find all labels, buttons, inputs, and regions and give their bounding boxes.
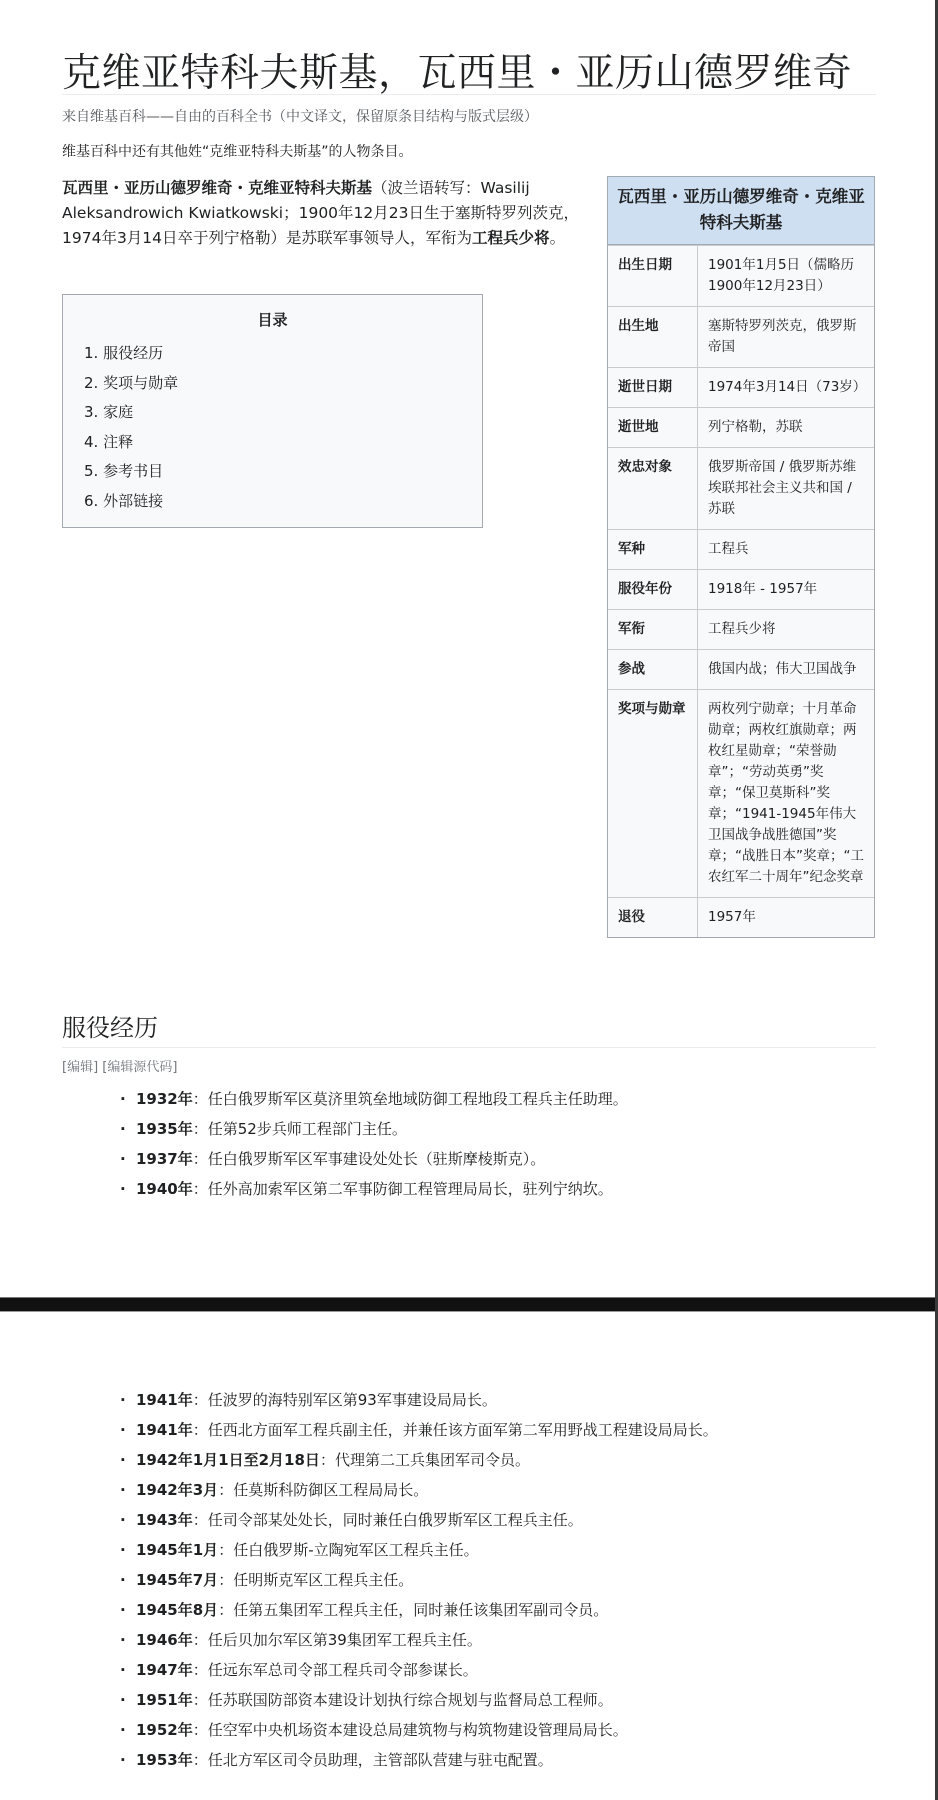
list-item: ·1946年：任后贝加尔军区第39集团军工程兵主任。 [120,1625,718,1655]
toc-list: 1. 服役经历 2. 奖项与勋章 3. 家庭 4. 注释 5. 参考书目 6. … [63,339,482,517]
bullet-icon: · [120,1685,136,1715]
item-text: ：任外高加索军区第二军事防御工程管理局局长，驻列宁纳坎。 [193,1180,613,1198]
lead-bold-name: 瓦西里・亚历山德罗维奇・克维亚特科夫斯基 [62,179,372,197]
infobox-row-death-place: 逝世地 列宁格勒，苏联 [608,407,874,447]
list-item: ·1951年：任苏联国防部资本建设计划执行综合规划与监督局总工程师。 [120,1685,718,1715]
infobox-row-birth-place: 出生地 塞斯特罗列茨克，俄罗斯帝国 [608,306,874,367]
item-text: ：任第52步兵师工程部门主任。 [193,1120,407,1138]
infobox-row-birth-date: 出生日期 1901年1月5日（儒略历1900年12月23日） [608,245,874,306]
bullet-icon: · [120,1565,136,1595]
toc-title: 目录 [63,309,482,331]
item-text: ：任白俄罗斯军区军事建设处处长（驻斯摩棱斯克）。 [193,1150,546,1168]
item-year: 1932年 [136,1090,193,1108]
list-item: ·1953年：任北方军区司令员助理，主管部队营建与驻屯配置。 [120,1745,718,1775]
infobox-label: 奖项与勋章 [608,690,698,897]
bullet-icon: · [120,1114,136,1144]
infobox-label: 效忠对象 [608,448,698,529]
infobox-value: 1957年 [698,898,874,937]
item-year: 1953年 [136,1751,193,1769]
page-break-band [0,1297,935,1312]
bullet-icon: · [120,1174,136,1204]
item-text: ：任北方军区司令员助理，主管部队营建与驻屯配置。 [193,1751,553,1769]
item-year: 1940年 [136,1180,193,1198]
list-item: ·1941年：任波罗的海特别军区第93军事建设局局长。 [120,1385,718,1415]
item-text: ：任西北方面军工程兵副主任，并兼任该方面军第二军用野战工程建设局局长。 [193,1421,718,1439]
infobox-row-awards: 奖项与勋章 两枚列宁勋章；十月革命勋章；两枚红旗勋章；两枚红星勋章；“荣誉勋章”… [608,689,874,897]
edit-link[interactable]: [编辑] [62,1060,98,1075]
item-year: 1941年 [136,1421,193,1439]
toc-item-notes[interactable]: 4. 注释 [84,428,482,458]
list-item: ·1942年1月1日至2月18日：代理第二工兵集团军司令员。 [120,1445,718,1475]
bullet-icon: · [120,1505,136,1535]
list-item: ·1945年7月：任明斯克军区工程兵主任。 [120,1565,718,1595]
list-item: ·1942年3月：任莫斯科防御区工程局局长。 [120,1475,718,1505]
item-text: ：任苏联国防部资本建设计划执行综合规划与监督局总工程师。 [193,1691,613,1709]
bullet-icon: · [120,1445,136,1475]
infobox-label: 军衔 [608,610,698,649]
page-subtitle: 来自维基百科——自由的百科全书（中文译文，保留原条目结构与版式层级） [62,106,538,126]
lead-paragraph: 瓦西里・亚历山德罗维奇・克维亚特科夫斯基（波兰语转写：Wasilij Aleks… [62,176,582,251]
infobox-label: 出生日期 [608,246,698,306]
list-item: ·1932年：任白俄罗斯军区莫济里筑垒地域防御工程地段工程兵主任助理。 [120,1084,628,1114]
infobox-label: 逝世地 [608,408,698,447]
lead-text-2: 。 [550,229,566,247]
item-year: 1946年 [136,1631,193,1649]
item-text: ：任波罗的海特别军区第93军事建设局局长。 [193,1391,497,1409]
item-text: ：任司令部某处处长，同时兼任白俄罗斯军区工程兵主任。 [193,1511,583,1529]
title-divider [62,94,876,95]
section-divider [62,1047,876,1048]
item-year: 1935年 [136,1120,193,1138]
bullet-icon: · [120,1415,136,1445]
item-year: 1937年 [136,1150,193,1168]
item-year: 1943年 [136,1511,193,1529]
item-text: ：任第五集团军工程兵主任，同时兼任该集团军副司令员。 [218,1601,608,1619]
infobox-value: 俄国内战；伟大卫国战争 [698,650,874,689]
item-text: ：任莫斯科防御区工程局局长。 [218,1481,428,1499]
infobox-value: 1974年3月14日（73岁） [698,368,874,407]
bullet-icon: · [120,1715,136,1745]
infobox: 瓦西里・亚历山德罗维奇・克维亚特科夫斯基 出生日期 1901年1月5日（儒略历1… [607,176,875,938]
item-year: 1942年3月 [136,1481,218,1499]
infobox-header: 瓦西里・亚历山德罗维奇・克维亚特科夫斯基 [608,177,874,245]
infobox-row-years-of-service: 服役年份 1918年 - 1957年 [608,569,874,609]
infobox-value: 两枚列宁勋章；十月革命勋章；两枚红旗勋章；两枚红星勋章；“荣誉勋章”；“劳动英勇… [698,690,874,897]
infobox-label: 服役年份 [608,570,698,609]
infobox-row-branch: 军种 工程兵 [608,529,874,569]
career-list-part-2: ·1941年：任波罗的海特别军区第93军事建设局局长。 ·1941年：任西北方面… [120,1385,718,1775]
page-title: 克维亚特科夫斯基，瓦西里・亚历山德罗维奇 [62,42,852,98]
infobox-row-death-date: 逝世日期 1974年3月14日（73岁） [608,367,874,407]
item-year: 1941年 [136,1391,193,1409]
item-year: 1951年 [136,1691,193,1709]
item-text: ：任明斯克军区工程兵主任。 [218,1571,413,1589]
item-text: ：任远东军总司令部工程兵司令部参谋长。 [193,1661,478,1679]
toc-item-service-history[interactable]: 1. 服役经历 [84,339,482,369]
infobox-value: 俄罗斯帝国 / 俄罗斯苏维埃联邦社会主义共和国 / 苏联 [698,448,874,529]
list-item: ·1943年：任司令部某处处长，同时兼任白俄罗斯军区工程兵主任。 [120,1505,718,1535]
list-item: ·1940年：任外高加索军区第二军事防御工程管理局局长，驻列宁纳坎。 [120,1174,628,1204]
bullet-icon: · [120,1625,136,1655]
bullet-icon: · [120,1144,136,1174]
infobox-label: 出生地 [608,307,698,367]
infobox-value: 1901年1月5日（儒略历1900年12月23日） [698,246,874,306]
infobox-value: 工程兵少将 [698,610,874,649]
item-year: 1945年1月 [136,1541,218,1559]
list-item: ·1945年1月：任白俄罗斯-立陶宛军区工程兵主任。 [120,1535,718,1565]
infobox-label: 参战 [608,650,698,689]
lead-bold-rank: 工程兵少将 [472,229,550,247]
list-item: ·1952年：任空军中央机场资本建设总局建筑物与构筑物建设管理局局长。 [120,1715,718,1745]
infobox-label: 退役 [608,898,698,937]
infobox-row-battles: 参战 俄国内战；伟大卫国战争 [608,649,874,689]
infobox-row-rank: 军衔 工程兵少将 [608,609,874,649]
toc-item-family[interactable]: 3. 家庭 [84,398,482,428]
item-year: 1942年1月1日至2月18日 [136,1451,320,1469]
item-year: 1952年 [136,1721,193,1739]
infobox-value: 塞斯特罗列茨克，俄罗斯帝国 [698,307,874,367]
list-item: ·1941年：任西北方面军工程兵副主任，并兼任该方面军第二军用野战工程建设局局长… [120,1415,718,1445]
infobox-row-retired: 退役 1957年 [608,897,874,937]
item-text: ：任白俄罗斯军区莫济里筑垒地域防御工程地段工程兵主任助理。 [193,1090,628,1108]
list-item: ·1947年：任远东军总司令部工程兵司令部参谋长。 [120,1655,718,1685]
bullet-icon: · [120,1745,136,1775]
infobox-row-allegiance: 效忠对象 俄罗斯帝国 / 俄罗斯苏维埃联邦社会主义共和国 / 苏联 [608,447,874,529]
list-item: ·1945年8月：任第五集团军工程兵主任，同时兼任该集团军副司令员。 [120,1595,718,1625]
section-heading-service-history: 服役经历 [62,1008,158,1043]
item-text: ：代理第二工兵集团军司令员。 [320,1451,530,1469]
bullet-icon: · [120,1385,136,1415]
infobox-value: 工程兵 [698,530,874,569]
toc-item-bibliography[interactable]: 5. 参考书目 [84,457,482,487]
bullet-icon: · [120,1475,136,1505]
list-item: ·1935年：任第52步兵师工程部门主任。 [120,1114,628,1144]
bullet-icon: · [120,1595,136,1625]
item-text: ：任白俄罗斯-立陶宛军区工程兵主任。 [218,1541,478,1559]
career-list-part-1: ·1932年：任白俄罗斯军区莫济里筑垒地域防御工程地段工程兵主任助理。 ·193… [120,1084,628,1204]
edit-source-link[interactable]: [编辑源代码] [102,1060,177,1075]
infobox-value: 1918年 - 1957年 [698,570,874,609]
infobox-value: 列宁格勒，苏联 [698,408,874,447]
toc-item-awards[interactable]: 2. 奖项与勋章 [84,369,482,399]
infobox-label: 军种 [608,530,698,569]
table-of-contents: 目录 1. 服役经历 2. 奖项与勋章 3. 家庭 4. 注释 5. 参考书目 … [62,294,483,528]
edit-links: [编辑] [编辑源代码] [62,1056,177,1075]
toc-item-external-links[interactable]: 6. 外部链接 [84,487,482,517]
item-text: ：任空军中央机场资本建设总局建筑物与构筑物建设管理局局长。 [193,1721,628,1739]
item-text: ：任后贝加尔军区第39集团军工程兵主任。 [193,1631,482,1649]
bullet-icon: · [120,1535,136,1565]
list-item: ·1937年：任白俄罗斯军区军事建设处处长（驻斯摩棱斯克）。 [120,1144,628,1174]
item-year: 1947年 [136,1661,193,1679]
item-year: 1945年8月 [136,1601,218,1619]
infobox-label: 逝世日期 [608,368,698,407]
bullet-icon: · [120,1084,136,1114]
hatnote: 维基百科中还有其他姓“克维亚特科夫斯基”的人物条目。 [62,141,413,161]
item-year: 1945年7月 [136,1571,218,1589]
bullet-icon: · [120,1655,136,1685]
